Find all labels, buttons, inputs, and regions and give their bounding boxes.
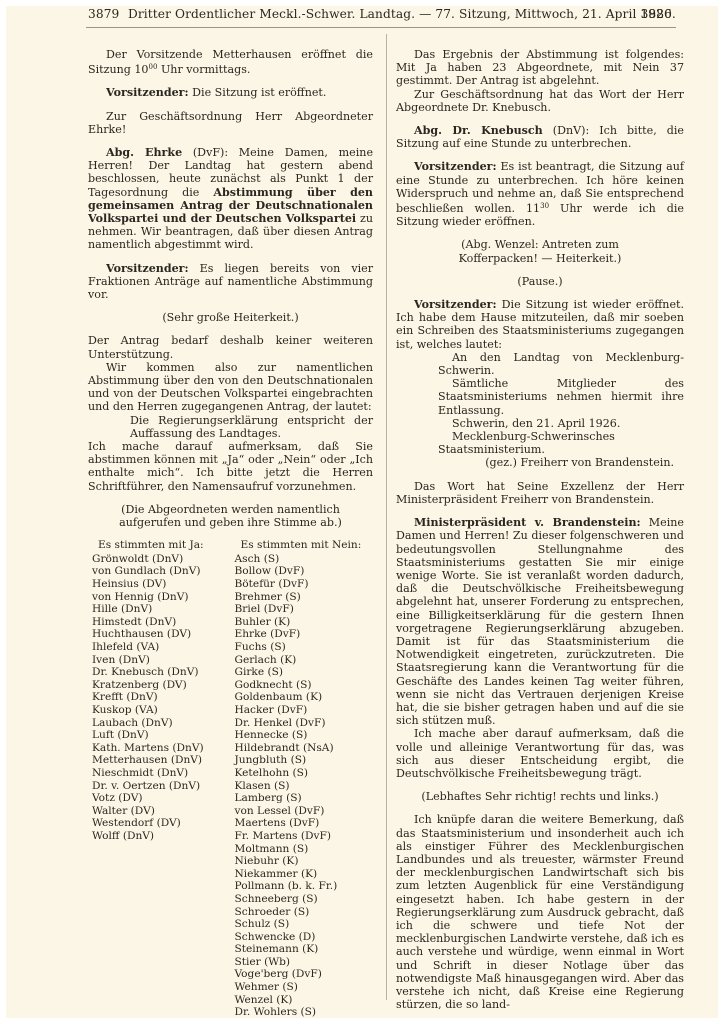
speaker-label: Vorsitzender: xyxy=(414,298,497,311)
no-votes: Es stimmten mit Nein: Asch (S)Bollow (Dv… xyxy=(231,539,374,1019)
vote-entry: Dr. v. Oertzen (DnV) xyxy=(88,780,231,793)
vote-entry: Briel (DvF) xyxy=(231,603,374,616)
vote-entry: Steinemann (K) xyxy=(231,943,374,956)
vote-lists: Es stimmten mit Ja: Grönwoldt (DnV)von G… xyxy=(88,539,373,1019)
vote-entry: Buhler (K) xyxy=(231,616,374,629)
letter-address: An den Landtag von Mecklenburg-Schwerin. xyxy=(396,351,684,377)
vote-entry: Grönwoldt (DnV) xyxy=(88,553,231,566)
opening-text-end: Uhr vormittags. xyxy=(157,63,250,76)
vote-entry: Westendorf (DV) xyxy=(88,817,231,830)
chair-statement: Vorsitzender: Es ist beantragt, die Sitz… xyxy=(396,160,684,228)
ehrke-speech: Abg. Ehrke (DvF): Meine Damen, meine Her… xyxy=(88,146,373,252)
vote-entry: Nieschmidt (DnV) xyxy=(88,767,231,780)
vote-entry: Niebuhr (K) xyxy=(231,855,374,868)
vote-entry: Maertens (DvF) xyxy=(231,817,374,830)
vote-entry: Schneeberg (S) xyxy=(231,893,374,906)
vote-entry: Wolff (DnV) xyxy=(88,830,231,843)
motion-text: Die Regierungserklärung entspricht der A… xyxy=(88,414,373,440)
speaker-label: Ministerpräsident v. Brandenstein: xyxy=(414,516,641,529)
vote-entry: Dr. Knebusch (DnV) xyxy=(88,666,231,679)
vote-entry: Moltmann (S) xyxy=(231,843,374,856)
vote-entry: Iven (DnV) xyxy=(88,654,231,667)
letter-body: Sämtliche Mitglieder des Staatsministeri… xyxy=(396,377,684,417)
running-title: Dritter Ordentlicher Meckl.-Schwer. Land… xyxy=(128,7,676,21)
letter-sender: Mecklenburg-Schwerinsches Staatsminister… xyxy=(396,430,684,456)
vote-entry: Kuskop (VA) xyxy=(88,704,231,717)
minister-speech: Ministerpräsident v. Brandenstein: Meine… xyxy=(396,516,684,727)
party-label: (DnV): xyxy=(543,124,590,137)
vote-entry: Fuchs (S) xyxy=(231,641,374,654)
speaker-label: Abg. Ehrke xyxy=(106,146,182,159)
vote-entry: Hacker (DvF) xyxy=(231,704,374,717)
vote-entry: Kath. Martens (DnV) xyxy=(88,742,231,755)
vote-entry: Walter (DV) xyxy=(88,805,231,818)
vote-entry: Godknecht (S) xyxy=(231,679,374,692)
knebusch-speech: Abg. Dr. Knebusch (DnV): Ich bitte, die … xyxy=(396,124,684,150)
chair-statement: Vorsitzender: Die Sitzung ist eröffnet. xyxy=(88,86,373,99)
vote-entry: Laubach (DnV) xyxy=(88,717,231,730)
vote-entry: Hennecke (S) xyxy=(231,729,374,742)
yes-heading: Es stimmten mit Ja: xyxy=(88,539,231,552)
vote-entry: Himstedt (DnV) xyxy=(88,616,231,629)
vote-entry: Krefft (DnV) xyxy=(88,691,231,704)
vote-entry: Ehrke (DvF) xyxy=(231,628,374,641)
stage-direction: (Die Abgeordneten werden namentlich aufg… xyxy=(88,503,373,529)
procedure-call: Zur Geschäftsordnung Herr Abgeordneter E… xyxy=(88,110,373,136)
paragraph: Ich mache aber darauf aufmerksam, daß di… xyxy=(396,727,684,780)
vote-entry: Brehmer (S) xyxy=(231,591,374,604)
vote-entry: Wehmer (S) xyxy=(231,981,374,994)
column-divider xyxy=(386,34,387,1000)
left-column: Der Vorsitzende Metterhausen eröffnet di… xyxy=(88,48,373,1019)
vote-entry: Asch (S) xyxy=(231,553,374,566)
pause-note: (Pause.) xyxy=(396,275,684,288)
yes-votes: Es stimmten mit Ja: Grönwoldt (DnV)von G… xyxy=(88,539,231,1019)
paragraph: Ich knüpfe daran die weitere Bemerkung, … xyxy=(396,813,684,1011)
vote-entry: Luft (DnV) xyxy=(88,729,231,742)
vote-entry: von Hennig (DnV) xyxy=(88,591,231,604)
vote-entry: Ketelhohn (S) xyxy=(231,767,374,780)
paragraph: Zur Geschäftsordnung hat das Wort der He… xyxy=(396,88,684,114)
vote-entry: von Lessel (DvF) xyxy=(231,805,374,818)
paragraph: Der Antrag bedarf deshalb keiner weitere… xyxy=(88,334,373,360)
vote-entry: Goldenbaum (K) xyxy=(231,691,374,704)
page-number-left: 3879 xyxy=(88,7,119,21)
opening-paragraph: Der Vorsitzende Metterhausen eröffnet di… xyxy=(88,48,373,76)
vote-entry: Stier (Wb) xyxy=(231,956,374,969)
vote-entry: Voge'berg (DvF) xyxy=(231,968,374,981)
letter-date: Schwerin, den 21. April 1926. xyxy=(396,417,684,430)
page-number-right: 3880 xyxy=(641,7,672,21)
vote-entry: Fr. Martens (DvF) xyxy=(231,830,374,843)
vote-entry: Niekammer (K) xyxy=(231,868,374,881)
vote-entry: von Gundlach (DnV) xyxy=(88,565,231,578)
vote-entry: Girke (S) xyxy=(231,666,374,679)
no-heading: Es stimmten mit Nein: xyxy=(231,539,374,552)
vote-entry: Schroeder (S) xyxy=(231,906,374,919)
vote-entry: Heinsius (DV) xyxy=(88,578,231,591)
vote-entry: Metterhausen (DnV) xyxy=(88,754,231,767)
paragraph: Das Wort hat Seine Exzellenz der Herr Mi… xyxy=(396,480,684,506)
vote-entry: Schulz (S) xyxy=(231,918,374,931)
vote-entry: Votz (DV) xyxy=(88,792,231,805)
speech-text: Meine Damen und Herren! Zu dieser folgen… xyxy=(396,516,684,727)
time-superscript: 30 xyxy=(540,202,549,210)
page-header: 3879 Dritter Ordentlicher Meckl.-Schwer.… xyxy=(88,7,672,27)
header-rule xyxy=(86,27,676,28)
speaker-label: Vorsitzender: xyxy=(106,262,189,275)
vote-entry: Dr. Wohlers (S) xyxy=(231,1006,374,1019)
speaker-label: Vorsitzender: xyxy=(106,86,189,99)
party-label: (DvF): xyxy=(182,146,228,159)
chair-statement-2: Vorsitzender: Die Sitzung ist wieder erö… xyxy=(396,298,684,351)
vote-entry: Hille (DnV) xyxy=(88,603,231,616)
vote-entry: Huchthausen (DV) xyxy=(88,628,231,641)
statement-text: Die Sitzung ist eröffnet. xyxy=(189,86,327,99)
interjection: (Sehr große Heiterkeit.) xyxy=(88,311,373,324)
vote-entry: Gerlach (K) xyxy=(231,654,374,667)
vote-entry: Wenzel (K) xyxy=(231,994,374,1007)
interjection: (Abg. Wenzel: Antreten zum Kofferpacken!… xyxy=(396,238,684,264)
paragraph: Ich mache darauf aufmerksam, daß Sie abs… xyxy=(88,440,373,493)
chair-statement-2: Vorsitzender: Es liegen bereits von vier… xyxy=(88,262,373,302)
vote-entry: Hildebrandt (NsA) xyxy=(231,742,374,755)
paragraph: Wir kommen also zur namentlichen Abstimm… xyxy=(88,361,373,414)
vote-entry: Jungbluth (S) xyxy=(231,754,374,767)
vote-result: Das Ergebnis der Abstimmung ist folgende… xyxy=(396,48,684,88)
interjection: (Lebhaftes Sehr richtig! rechts und link… xyxy=(396,790,684,803)
speaker-label: Abg. Dr. Knebusch xyxy=(414,124,543,137)
letter-signature: (gez.) Freiherr von Brandenstein. xyxy=(396,456,684,469)
vote-entry: Lamberg (S) xyxy=(231,792,374,805)
no-list: Asch (S)Bollow (DvF)Bötefür (DvF)Brehmer… xyxy=(231,553,374,1019)
vote-entry: Schwencke (D) xyxy=(231,931,374,944)
vote-entry: Pollmann (b. k. Fr.) xyxy=(231,880,374,893)
vote-entry: Kratzenberg (DV) xyxy=(88,679,231,692)
vote-entry: Dr. Henkel (DvF) xyxy=(231,717,374,730)
right-column: Das Ergebnis der Abstimmung ist folgende… xyxy=(396,48,684,1011)
vote-entry: Bötefür (DvF) xyxy=(231,578,374,591)
speaker-label: Vorsitzender: xyxy=(414,160,497,173)
vote-entry: Klasen (S) xyxy=(231,780,374,793)
vote-entry: Bollow (DvF) xyxy=(231,565,374,578)
yes-list: Grönwoldt (DnV)von Gundlach (DnV)Heinsiu… xyxy=(88,553,231,843)
vote-entry: Ihlefeld (VA) xyxy=(88,641,231,654)
